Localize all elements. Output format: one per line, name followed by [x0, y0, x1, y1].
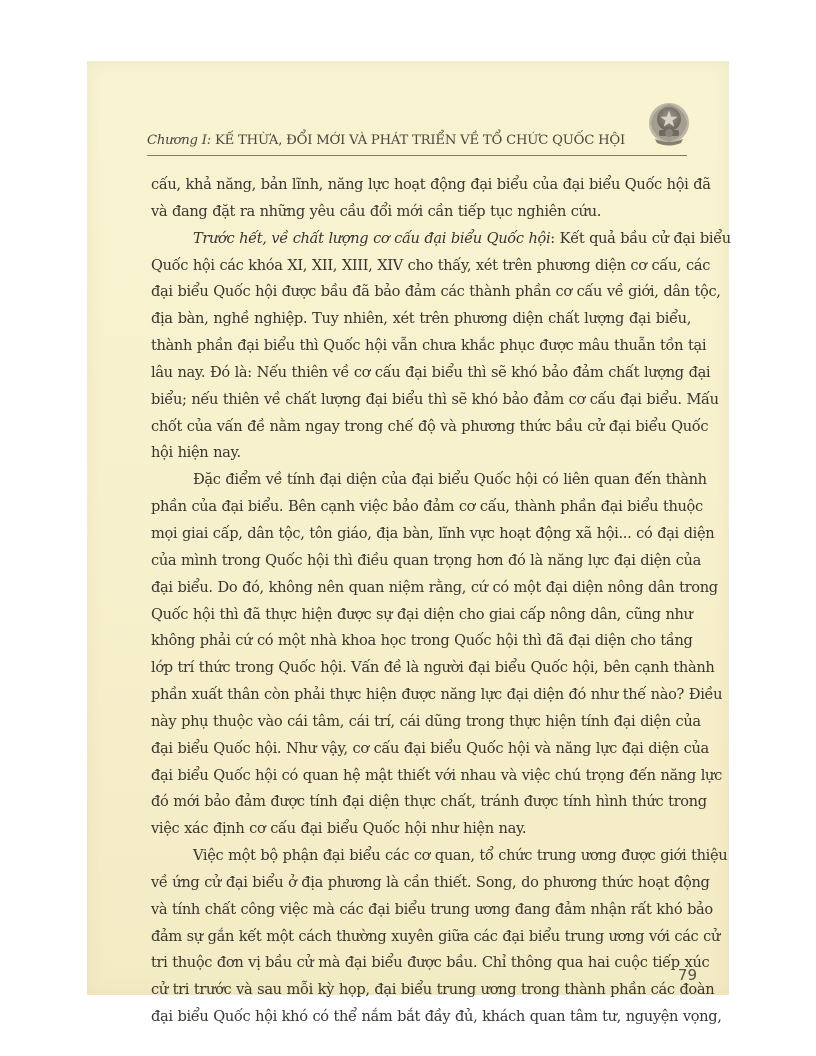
text-line-rest: : Kết quả bầu cử đại biểu — [550, 230, 731, 247]
text-line: và tính chất công việc mà các đại biểu t… — [151, 897, 691, 924]
text-line: Quốc hội thì đã thực hiện được sự đại di… — [151, 602, 691, 629]
text-line: của mình trong Quốc hội thì điều quan tr… — [151, 548, 691, 575]
text-line: phần của đại biểu. Bên cạnh việc bảo đảm… — [151, 494, 691, 521]
text-line: cử tri trước và sau mỗi kỳ họp, đại biểu… — [151, 977, 691, 1004]
text-line: đại biểu Quốc hội được bầu đã bảo đảm cá… — [151, 279, 691, 306]
text-line: đại biểu. Do đó, không nên quan niệm rằn… — [151, 575, 691, 602]
text-line: tri thuộc đơn vị bầu cử mà đại biểu được… — [151, 950, 691, 977]
text-line: đó mới bảo đảm được tính đại diện thực c… — [151, 789, 691, 816]
text-line: đại biểu Quốc hội. Như vậy, cơ cấu đại b… — [151, 736, 691, 763]
body-text: cấu, khả năng, bản lĩnh, năng lực hoạt đ… — [151, 172, 691, 1031]
text-line: về ứng cử đại biểu ở địa phương là cần t… — [151, 870, 691, 897]
text-line: lớp trí thức trong Quốc hội. Vấn đề là n… — [151, 655, 691, 682]
text-line: địa bàn, nghề nghiệp. Tuy nhiên, xét trê… — [151, 306, 691, 333]
text-line: Đặc điểm về tính đại diện của đại biểu Q… — [151, 467, 691, 494]
text-line: đại biểu Quốc hội khó có thể nắm bắt đầy… — [151, 1004, 691, 1031]
text-line: hội hiện nay. — [151, 440, 691, 467]
text-line: thành phần đại biểu thì Quốc hội vẫn chư… — [151, 333, 691, 360]
text-line: phần xuất thân còn phải thực hiện được n… — [151, 682, 691, 709]
text-line: Trước hết, về chất lượng cơ cấu đại biểu… — [151, 226, 691, 253]
text-line: đảm sự gắn kết một cách thường xuyên giữ… — [151, 924, 691, 951]
text-line: lâu nay. Đó là: Nếu thiên về cơ cấu đại … — [151, 360, 691, 387]
text-line: chốt của vấn đề nằm ngay trong chế độ và… — [151, 414, 691, 441]
text-line: không phải cứ có một nhà khoa học trong … — [151, 628, 691, 655]
text-line: đại biểu Quốc hội có quan hệ mật thiết v… — [151, 763, 691, 790]
italic-lead: Trước hết, về chất lượng cơ cấu đại biểu… — [193, 230, 550, 247]
text-line: Việc một bộ phận đại biểu các cơ quan, t… — [151, 843, 691, 870]
text-line: mọi giai cấp, dân tộc, tôn giáo, địa bàn… — [151, 521, 691, 548]
book-page: Chương I: KẾ THỪA, ĐỔI MỚI VÀ PHÁT TRIỂN… — [87, 61, 729, 995]
chapter-label: Chương I: — [147, 133, 211, 148]
chapter-title: KẾ THỪA, ĐỔI MỚI VÀ PHÁT TRIỂN VỀ TỔ CHỨ… — [211, 133, 625, 148]
running-header: Chương I: KẾ THỪA, ĐỔI MỚI VÀ PHÁT TRIỂN… — [147, 131, 687, 156]
text-line: và đang đặt ra những yêu cầu đổi mới cần… — [151, 199, 691, 226]
national-emblem-icon — [647, 101, 691, 147]
text-line: cấu, khả năng, bản lĩnh, năng lực hoạt đ… — [151, 172, 691, 199]
text-line: này phụ thuộc vào cái tâm, cái trí, cái … — [151, 709, 691, 736]
text-line: việc xác định cơ cấu đại biểu Quốc hội n… — [151, 816, 691, 843]
text-line: biểu; nếu thiên về chất lượng đại biểu t… — [151, 387, 691, 414]
text-line: Quốc hội các khóa XI, XII, XIII, XIV cho… — [151, 253, 691, 280]
page-number: 79 — [663, 966, 697, 984]
